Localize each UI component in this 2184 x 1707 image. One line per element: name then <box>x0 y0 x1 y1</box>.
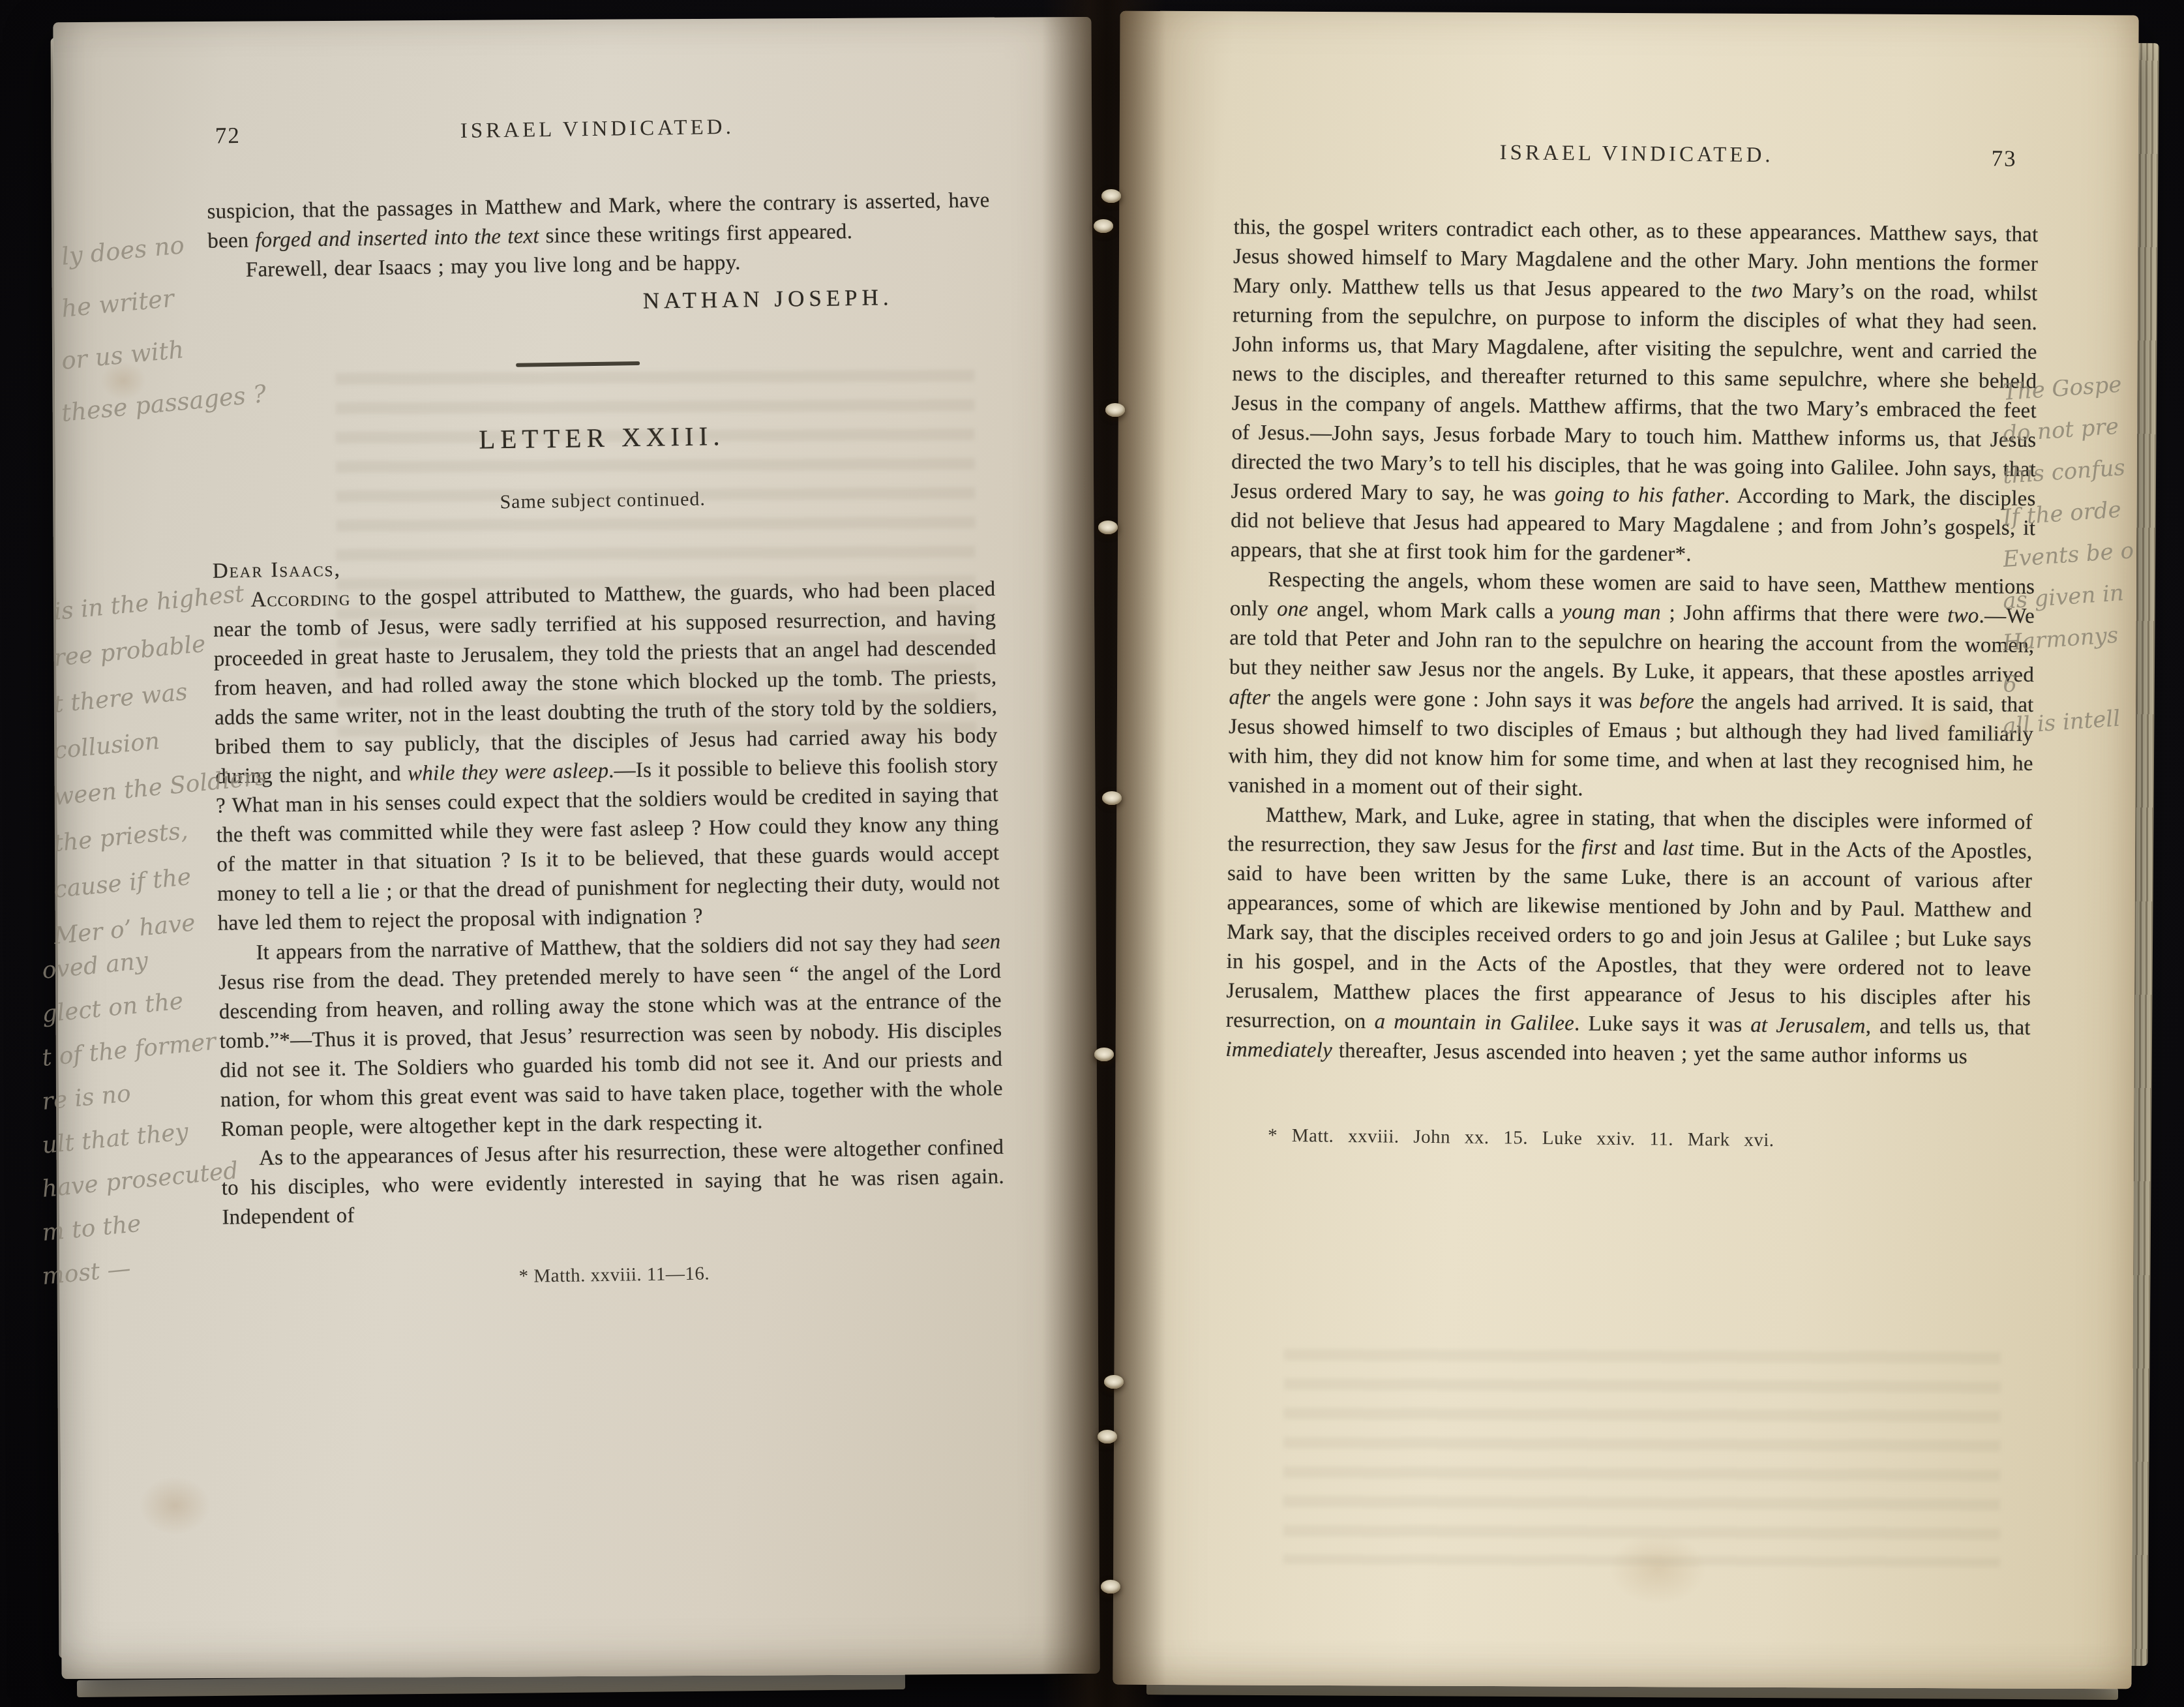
text-segment: while they were asleep <box>408 759 609 786</box>
right-footnote: * Matt. xxviii. John xx. 15. Luke xxiv. … <box>1225 1125 2029 1154</box>
text-segment: two <box>1751 279 1783 303</box>
paragraph-continued-from-previous: suspicion, that the passages in Matthew … <box>207 186 990 256</box>
text-segment: before <box>1639 689 1695 714</box>
body-paragraph: Respecting the angels, whom these women … <box>1228 565 2035 808</box>
letter-signature: NATHAN JOSEPH. <box>209 283 991 321</box>
body-paragraph: It appears from the narrative of Matthew… <box>218 927 1004 1144</box>
binding-gutter-shadow <box>1042 0 1166 1707</box>
stitch-hole <box>1098 521 1118 534</box>
body-paragraph: As to the appearances of Jesus after his… <box>221 1133 1005 1233</box>
text-segment: ; John affirms that there were <box>1661 601 1948 627</box>
right-page-number: 73 <box>1991 145 2016 172</box>
text-segment: young man <box>1562 600 1661 624</box>
stitch-hole <box>1094 219 1113 233</box>
right-running-head: ISRAEL VINDICATED. 73 <box>1234 138 2039 180</box>
text-segment: two <box>1947 604 1979 627</box>
left-marginalia-middle: is in the highestree probablet there was… <box>55 599 269 969</box>
left-footnote: * Matth. xxviii. 11—16. <box>223 1259 1006 1292</box>
foxing-spot <box>1906 706 1958 751</box>
body-paragraph: Matthew, Mark, and Luke, agree in statin… <box>1225 800 2033 1072</box>
text-segment: Jesus rise from the dead. They pretended… <box>218 959 1003 1141</box>
stitch-hole <box>1094 1048 1114 1061</box>
text-segment: Mary’s on the road, whilst returning fro… <box>1231 279 2037 506</box>
foxing-spot <box>139 1476 211 1535</box>
left-marginalia-top: ly does nohe writeror us withthese passa… <box>63 243 268 451</box>
text-segment: angel, whom Mark calls a <box>1308 598 1562 624</box>
text-segment: thereafter, Jesus ascended into heaven ;… <box>1332 1039 1967 1068</box>
right-running-title: ISRAEL VINDICATED. <box>1234 138 2039 170</box>
text-segment: As to the appearances of Jesus after his… <box>222 1136 1004 1230</box>
left-running-title: ISRAEL VINDICATED. <box>206 112 989 147</box>
stitch-hole <box>1102 791 1122 805</box>
left-marginalia-bottom: oved anyglect on thet of the formerre is… <box>43 958 240 1307</box>
stitch-hole <box>1105 403 1125 417</box>
stitch-hole <box>1098 1430 1117 1443</box>
text-segment: the angels were gone : John says it was <box>1270 686 1639 712</box>
text-segment: , and tells us, that <box>1866 1014 2031 1039</box>
text-segment: last <box>1662 836 1694 860</box>
show-through-text <box>335 370 976 738</box>
text-segment: one <box>1277 597 1309 621</box>
text-segment: . Luke says it was <box>1574 1012 1751 1037</box>
text-segment: immediately <box>1225 1038 1332 1063</box>
text-segment: and <box>1617 836 1662 860</box>
right-page: ISRAEL VINDICATED. 73 this, the gospel w… <box>1113 11 2138 1689</box>
book-photograph: 72 ISRAEL VINDICATED. suspicion, that th… <box>0 0 2184 1707</box>
text-segment: time. But in the Acts of the Apostles, s… <box>1226 837 2033 1033</box>
text-segment: seen <box>962 929 1001 954</box>
stitch-hole <box>1104 1375 1124 1389</box>
text-segment: since these writings first appeared. <box>539 220 852 248</box>
show-through-text <box>1283 1349 2001 1567</box>
right-marginalia: The Gospedo not prethis confusIf the ord… <box>2003 380 2184 755</box>
stitch-hole <box>1101 1580 1120 1594</box>
left-running-head: 72 ISRAEL VINDICATED. <box>206 112 989 157</box>
section-divider-rule <box>516 361 640 367</box>
paragraph-continued-from-left-page: this, the gospel writers contradict each… <box>1231 213 2039 573</box>
right-page-content: ISRAEL VINDICATED. 73 this, the gospel w… <box>1225 138 2039 1154</box>
text-segment: after <box>1229 686 1270 710</box>
text-segment: forged and inserted into the text <box>255 224 539 252</box>
text-segment: a mountain in Galilee <box>1374 1010 1574 1035</box>
stitch-hole <box>1101 189 1121 203</box>
text-segment: going to his father <box>1555 483 1725 507</box>
left-page-number: 72 <box>215 123 241 149</box>
text-segment: at Jerusalem <box>1750 1014 1866 1038</box>
text-segment: first <box>1581 836 1617 860</box>
